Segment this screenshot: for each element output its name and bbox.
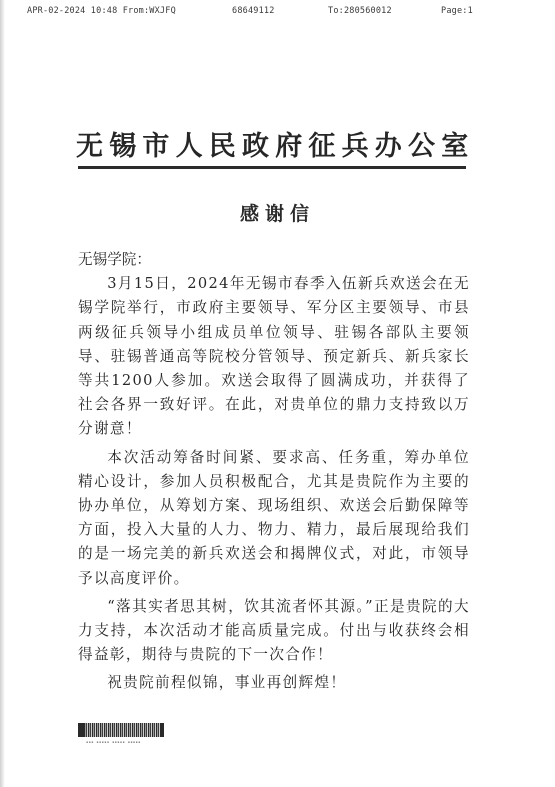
barcode-caption: ▪▪▪ ▪▪▪▪▪ ▪▪▪▪▪ ▪▪▪▪▪ <box>86 740 166 744</box>
fax-datetime-from: APR-02-2024 10:48 From:WXJFQ <box>27 6 176 16</box>
barcode-icon <box>78 723 164 737</box>
paragraph-1: 3月15日，2024年无锡市春季入伍新兵欢送会在无锡学院举行，市政府主要领导、军… <box>78 272 470 441</box>
fax-number: 68649112 <box>232 6 275 16</box>
fax-page-number: Page:1 <box>441 6 473 16</box>
letterhead-organization: 无锡市人民政府征兵办公室 <box>76 124 468 163</box>
letter-body: 无锡学院： 3月15日，2024年无锡市春季入伍新兵欢送会在无锡学院举行，市政府… <box>78 248 470 696</box>
fax-recipient: To:280560012 <box>328 6 392 16</box>
salutation: 无锡学院： <box>78 248 470 272</box>
scan-edge-shadow <box>0 0 5 787</box>
document-title: 感谢信 <box>0 199 555 226</box>
paragraph-2: 本次活动筹备时间紧、要求高、任务重，筹办单位精心设计，参加人员积极配合，尤其是贵… <box>78 446 470 591</box>
letterhead-rule <box>78 166 466 169</box>
fax-header: APR-02-2024 10:48 From:WXJFQ 68649112 To… <box>0 6 555 20</box>
paragraph-3: “落其实者思其树，饮其流者怀其源。”正是贵院的大力支持，本次活动才能高质量完成。… <box>78 595 470 668</box>
closing-line: 祝贵院前程似锦，事业再创辉煌！ <box>78 671 470 695</box>
